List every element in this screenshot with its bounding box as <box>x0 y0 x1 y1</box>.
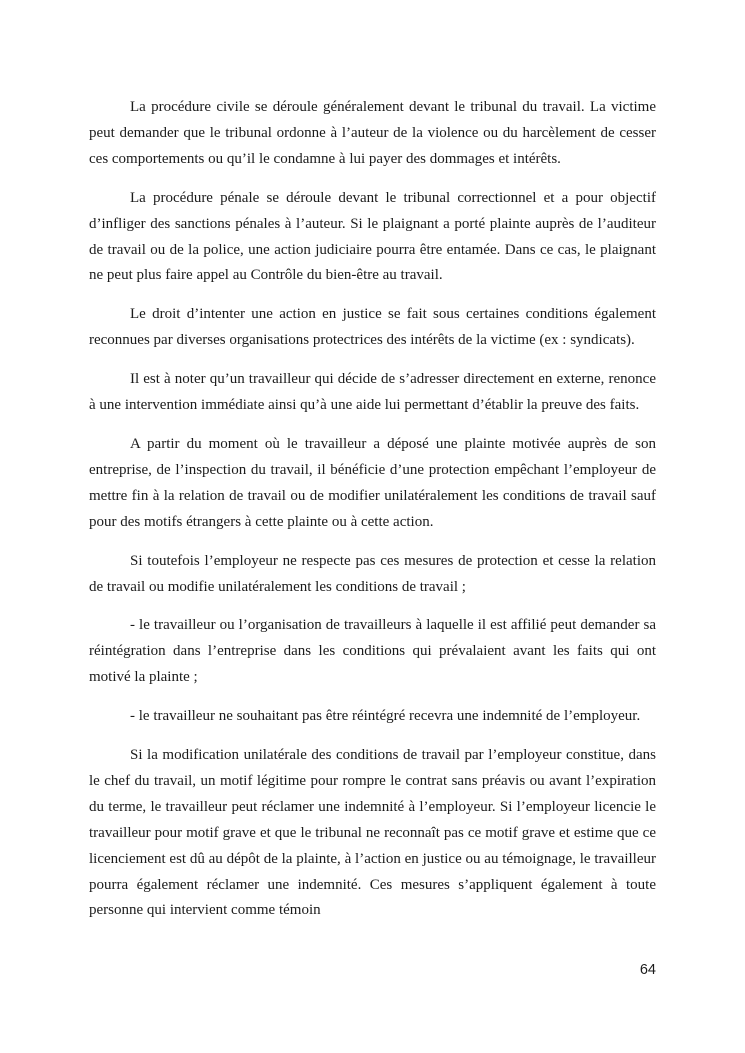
document-page: La procédure civile se déroule généralem… <box>0 0 745 1053</box>
paragraph: La procédure pénale se déroule devant le… <box>89 186 656 290</box>
document-body: La procédure civile se déroule généralem… <box>89 95 656 937</box>
page-number: 64 <box>640 962 656 978</box>
list-item-paragraph: - le travailleur ou l’organisation de tr… <box>89 613 656 691</box>
paragraph: A partir du moment où le travailleur a d… <box>89 432 656 536</box>
paragraph: La procédure civile se déroule généralem… <box>89 95 656 173</box>
paragraph: Le droit d’intenter une action en justic… <box>89 302 656 354</box>
list-item-paragraph: - le travailleur ne souhaitant pas être … <box>89 704 656 730</box>
paragraph: Il est à noter qu’un travailleur qui déc… <box>89 367 656 419</box>
paragraph: Si la modification unilatérale des condi… <box>89 743 656 924</box>
paragraph: Si toutefois l’employeur ne respecte pas… <box>89 549 656 601</box>
